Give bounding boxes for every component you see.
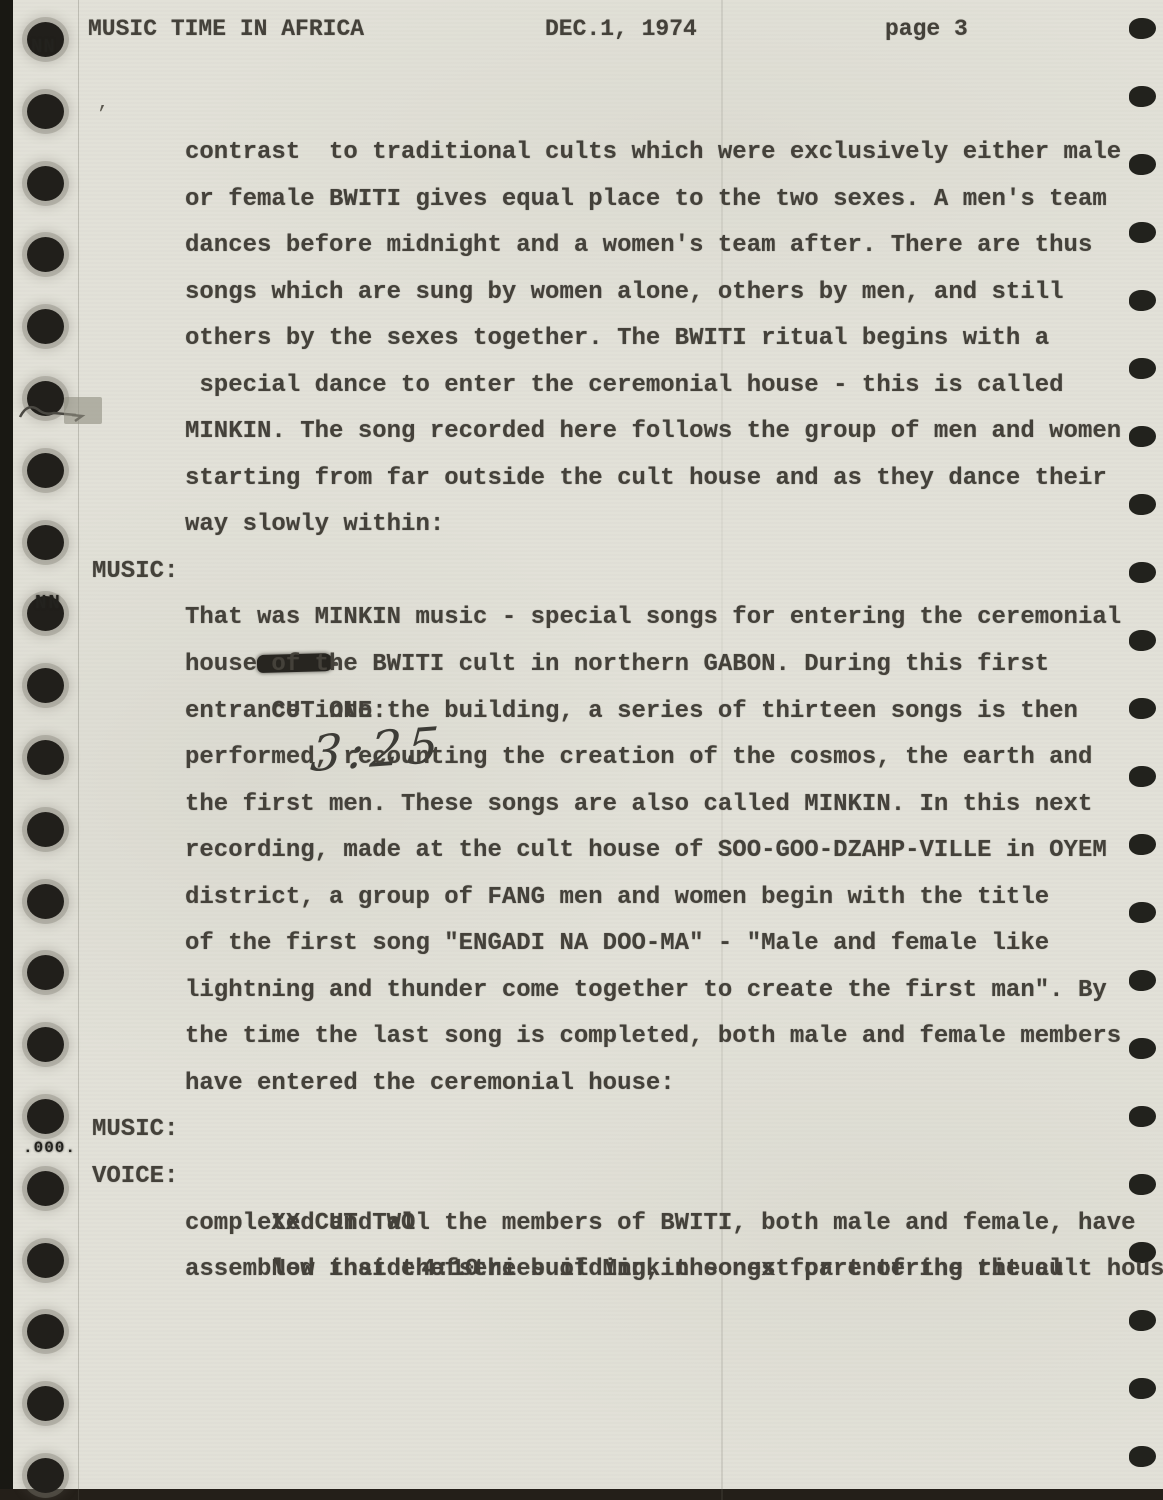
binder-dot-icon: [1129, 222, 1156, 243]
paragraph-1: contrast to traditional cults which were…: [185, 130, 1120, 549]
punch-hole-icon: [27, 884, 64, 919]
music-cue-2-label: MUSIC:: [92, 1107, 178, 1154]
typed-line: special dance to enter the ceremonial ho…: [185, 363, 1120, 410]
punch-hole-icon: [27, 1243, 64, 1278]
typed-line: contrast to traditional cults which were…: [185, 130, 1120, 177]
typed-line: way slowly within:: [185, 502, 1120, 549]
typed-line: That was MINKIN music - special songs fo…: [185, 595, 1120, 642]
binder-dot-icon: [1129, 1174, 1156, 1195]
music-cue-1: MUSIC: CUT ONE: 3:25: [185, 549, 1120, 596]
scan-edge-left: [0, 0, 13, 1500]
typed-line: the time the last song is completed, bot…: [185, 1014, 1120, 1061]
document-date: DEC.1, 1974: [545, 16, 697, 42]
binder-dot-icon: [1129, 698, 1156, 719]
typed-line: dances before midnight and a women's tea…: [185, 223, 1120, 270]
typed-line: the first men. These songs are also call…: [185, 782, 1120, 829]
scan-edge-bottom: [0, 1489, 1163, 1500]
punch-hole-icon: [27, 955, 64, 990]
binder-dot-icon: [1129, 86, 1156, 107]
typed-line: completed and all the members of BWITI, …: [185, 1201, 1120, 1248]
voice-cue-label: VOICE:: [92, 1154, 178, 1201]
music-cue-1-label: MUSIC:: [92, 549, 178, 596]
binder-dot-icon: [1129, 766, 1156, 787]
punch-hole-icon: [27, 1171, 64, 1206]
binder-dot-icon: [1129, 494, 1156, 515]
typed-line: others by the sexes together. The BWITI …: [185, 316, 1120, 363]
voice-cue-first-line: VOICE: Now that the series of Minkin son…: [185, 1154, 1120, 1201]
binder-dot-icon: [1129, 1310, 1156, 1331]
margin-mark-top: NN: [31, 36, 56, 58]
margin-mark-bottom: .000.: [23, 1139, 76, 1157]
punch-hole-icon: [27, 309, 64, 344]
voice-cue-continuation: completed and all the members of BWITI, …: [185, 1201, 1120, 1294]
typed-line: starting from far outside the cult house…: [185, 456, 1120, 503]
binder-dot-icon: [1129, 426, 1156, 447]
binder-dot-icon: [1129, 154, 1156, 175]
binder-dot-icon: [1129, 18, 1156, 39]
typed-line: of the first song "ENGADI NA DOO-MA" - "…: [185, 921, 1120, 968]
margin-mark-mid: NN: [35, 592, 62, 614]
punch-hole-icon: [27, 1099, 64, 1134]
typed-line: performed, recounting the creation of th…: [185, 735, 1120, 782]
binder-dot-icon: [1129, 970, 1156, 991]
eraser-smudge: [64, 397, 102, 424]
typed-line: recording, made at the cult house of SOO…: [185, 828, 1120, 875]
typed-body: contrast to traditional cults which were…: [185, 130, 1120, 1294]
binder-dot-icon: [1129, 1446, 1156, 1467]
paper-crease-left: [78, 0, 79, 1500]
binder-dot-icon: [1129, 1378, 1156, 1399]
typed-line: or female BWITI gives equal place to the…: [185, 177, 1120, 224]
page-number: page 3: [885, 16, 968, 42]
typed-line: house of the BWITI cult in northern GABO…: [185, 642, 1120, 689]
binder-dot-icon: [1129, 1106, 1156, 1127]
pencil-scribble: [14, 393, 110, 433]
punch-hole-icon: [27, 94, 64, 129]
binder-dot-icon: [1129, 834, 1156, 855]
punch-hole-icon: [27, 166, 64, 201]
punch-hole-icon: [27, 525, 64, 560]
punch-hole-icon: [27, 668, 64, 703]
binder-dot-icon: [1129, 290, 1156, 311]
punch-hole-icon: [27, 453, 64, 488]
binder-dot-icon: [1129, 1038, 1156, 1059]
punch-hole-icon: [27, 812, 64, 847]
typescript-page: MUSIC TIME IN AFRICA DEC.1, 1974 page 3 …: [0, 0, 1163, 1500]
typed-line: assembled inside of the building, the ne…: [185, 1247, 1120, 1294]
typed-line: MINKIN. The song recorded here follows t…: [185, 409, 1120, 456]
typed-line: lightning and thunder come together to c…: [185, 968, 1120, 1015]
typed-line: entrance into the building, a series of …: [185, 689, 1120, 736]
binder-dot-icon: [1129, 358, 1156, 379]
punch-hole-icon: [27, 1027, 64, 1062]
typed-line: songs which are sung by women alone, oth…: [185, 270, 1120, 317]
music-cue-2: MUSIC: XX CUT TWO 4:10: [185, 1107, 1120, 1154]
binder-dot-icon: [1129, 902, 1156, 923]
binder-dot-icon: [1129, 630, 1156, 651]
punch-hole-icon: [27, 1458, 64, 1493]
stray-ink-mark: ’: [96, 104, 108, 127]
typed-line: have entered the ceremonial house:: [185, 1061, 1120, 1108]
binder-dot-icon: [1129, 562, 1156, 583]
document-title: MUSIC TIME IN AFRICA: [88, 16, 364, 42]
punch-hole-icon: [27, 1314, 64, 1349]
paragraph-2: That was MINKIN music - special songs fo…: [185, 595, 1120, 1107]
punch-hole-icon: [27, 740, 64, 775]
punch-hole-icon: [27, 1386, 64, 1421]
typed-line: district, a group of FANG men and women …: [185, 875, 1120, 922]
punch-hole-icon: [27, 237, 64, 272]
